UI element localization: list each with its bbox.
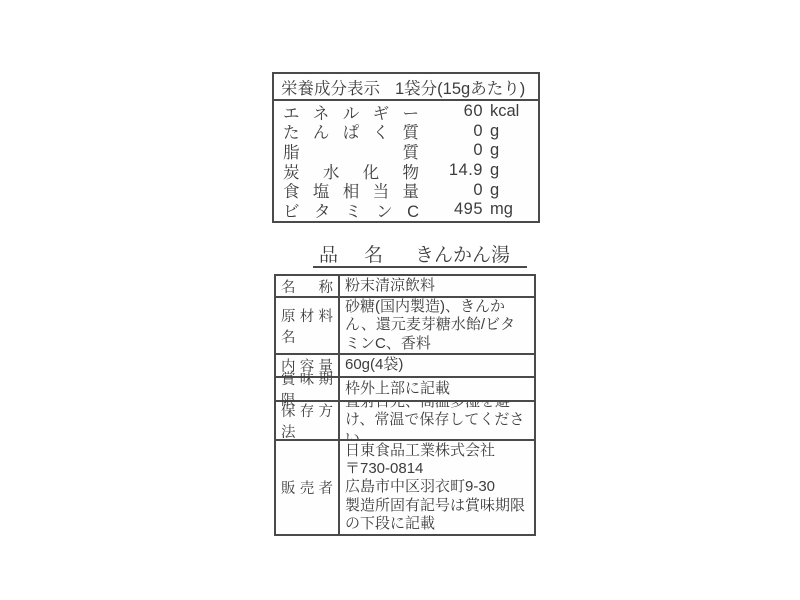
product-info-table: 名称 粉末清涼飲料 原材料名 砂糖(国内製造)、きんかん、還元麦芽糖水飴/ビタミ… [274, 274, 536, 536]
nutrient-unit: g [483, 161, 529, 180]
nutrient-unit: g [483, 122, 529, 141]
info-label: 販売者 [281, 477, 333, 498]
nutrition-table: 栄養成分表示 1袋分(15gあたり) エネルギー 60 kcal たんぱく質 0… [272, 72, 540, 223]
product-label-scan: 栄養成分表示 1袋分(15gあたり) エネルギー 60 kcal たんぱく質 0… [0, 0, 800, 600]
nutrition-title: 栄養成分表示 [281, 75, 380, 99]
info-value: 砂糖(国内製造)、きんかん、還元麦芽糖水飴/ビタミンC、香料 [345, 298, 529, 353]
info-label-cell: 賞味期限 [276, 378, 340, 400]
info-row-best-before: 賞味期限 枠外上部に記載 [276, 378, 534, 402]
nutrient-value: 0 [419, 181, 483, 200]
info-value-cell: 砂糖(国内製造)、きんかん、還元麦芽糖水飴/ビタミンC、香料 [340, 298, 534, 353]
info-value: 60g(4袋) [345, 356, 529, 374]
info-value: 直射日光、高温多湿を避け、常温で保存してください。 [345, 402, 529, 439]
nutrition-table-body: エネルギー 60 kcal たんぱく質 0 g 脂質 0 g 炭水化物 14.9… [274, 101, 538, 220]
nutrient-value: 0 [419, 141, 483, 160]
info-label: 名称 [281, 276, 333, 297]
nutrition-serving-size: 1袋分(15gあたり) [395, 75, 525, 99]
info-value-cell: 粉末清涼飲料 [340, 276, 534, 296]
info-label-cell: 名称 [276, 276, 340, 296]
info-value-cell: 日東食品工業株式会社 〒730-0814 広島市中区羽衣町9-30 製造所固有記… [340, 441, 534, 534]
info-value-cell: 直射日光、高温多湿を避け、常温で保存してください。 [340, 402, 534, 439]
nutrient-value: 60 [419, 102, 483, 121]
product-name-heading: 品名 きんかん湯 [313, 244, 527, 268]
info-row-name: 名称 粉末清涼飲料 [276, 276, 534, 298]
product-name-label: 品名 [319, 240, 383, 267]
info-value-cell: 枠外上部に記載 [340, 378, 534, 400]
info-label-cell: 保存方法 [276, 402, 340, 439]
nutrient-unit: g [483, 181, 529, 200]
info-row-seller: 販売者 日東食品工業株式会社 〒730-0814 広島市中区羽衣町9-30 製造… [276, 441, 534, 534]
nutrient-unit: g [483, 141, 529, 160]
nutrient-unit: mg [483, 200, 529, 219]
nutrient-label: ビタミンC [283, 198, 419, 222]
nutrient-value: 0 [419, 122, 483, 141]
nutrient-unit: kcal [483, 102, 529, 121]
info-value: 日東食品工業株式会社 〒730-0814 広島市中区羽衣町9-30 製造所固有記… [345, 442, 529, 533]
info-label-cell: 販売者 [276, 441, 340, 534]
nutrient-value: 495 [419, 200, 483, 219]
nutrition-table-header: 栄養成分表示 1袋分(15gあたり) [274, 74, 538, 101]
info-label: 保存方法 [281, 400, 333, 442]
info-value-cell: 60g(4袋) [340, 355, 534, 376]
info-row-ingredients: 原材料名 砂糖(国内製造)、きんかん、還元麦芽糖水飴/ビタミンC、香料 [276, 298, 534, 355]
nutrition-row-vitamin-c: ビタミンC 495 mg [274, 200, 538, 220]
info-label: 原材料名 [281, 305, 333, 347]
info-row-storage: 保存方法 直射日光、高温多湿を避け、常温で保存してください。 [276, 402, 534, 441]
info-value: 枠外上部に記載 [345, 380, 529, 398]
info-label-cell: 原材料名 [276, 298, 340, 353]
product-name-value: きんかん湯 [415, 240, 510, 267]
info-value: 粉末清涼飲料 [345, 277, 529, 295]
nutrient-value: 14.9 [419, 161, 483, 180]
